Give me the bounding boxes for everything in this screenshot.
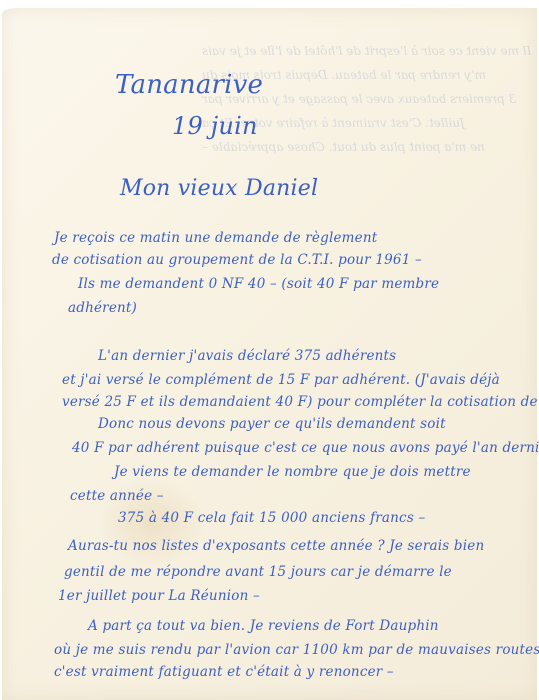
letter-line: versé 25 F et ils demandaient 40 F) pour… xyxy=(62,394,539,410)
letter-line: Je viens te demander le nombre que je do… xyxy=(114,464,471,480)
letter-line: gentil de me répondre avant 15 jours car… xyxy=(64,564,452,580)
letter-line: Je reçois ce matin une demande de règlem… xyxy=(54,230,377,246)
letter-line: cette année – xyxy=(70,488,164,504)
letter-line: Ils me demandent 0 NF 40 – (soit 40 F pa… xyxy=(78,276,439,292)
letter-line: A part ça tout va bien. Je reviens de Fo… xyxy=(88,618,439,634)
letter-line: 1er juillet pour La Réunion – xyxy=(58,588,260,604)
letter-line: c'est vraiment fatiguant et c'était à y … xyxy=(54,664,394,680)
letter-line: 375 à 40 F cela fait 15 000 anciens fran… xyxy=(118,510,425,526)
letter-line: où je me suis rendu par l'avion car 1100… xyxy=(54,642,539,658)
letter-date: 19 juin xyxy=(172,112,258,140)
letter-line: L'an dernier j'avais déclaré 375 adhéren… xyxy=(98,348,396,364)
letter-line: adhérent) xyxy=(68,300,137,316)
letter-place: Tananarive xyxy=(115,70,263,100)
letter-paper: Il me vient ce soir à l'esprit de l'hôte… xyxy=(2,8,537,700)
letter-line: de cotisation au groupement de la C.T.I.… xyxy=(52,252,422,268)
letter-line: et j'ai versé le complément de 15 F par … xyxy=(62,372,500,388)
bleed-through-line: ne m'a point plus du tout. Chose appréci… xyxy=(202,140,485,154)
bleed-through-line: Il me vient ce soir à l'esprit de l'hôte… xyxy=(202,44,531,58)
letter-salutation: Mon vieux Daniel xyxy=(120,176,318,201)
letter-line: Auras-tu nos listes d'exposants cette an… xyxy=(68,538,484,554)
letter-line: Donc nous devons payer ce qu'ils demande… xyxy=(98,416,446,432)
letter-line: 40 F par adhérent puisque c'est ce que n… xyxy=(72,440,539,456)
